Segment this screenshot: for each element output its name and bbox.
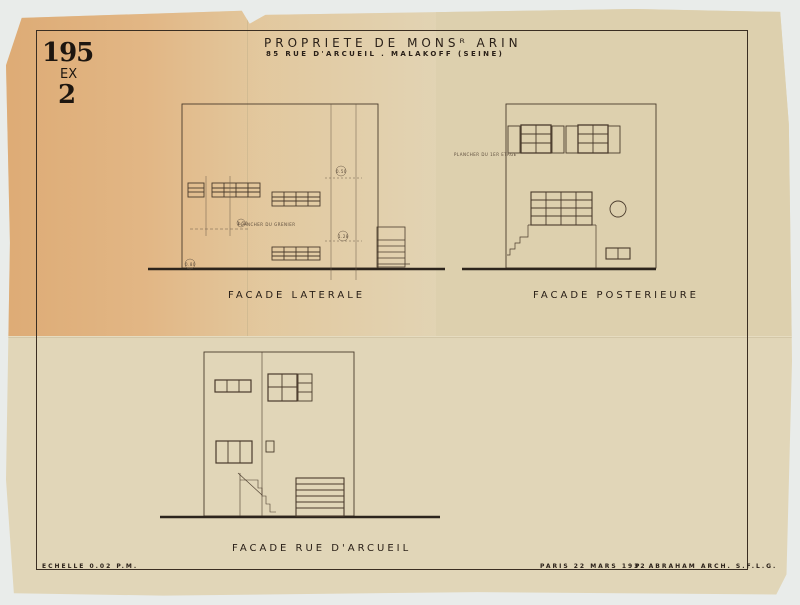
caption-rear: FACADE POSTERIEURE: [533, 290, 699, 301]
architect-label: P. ABRAHAM ARCH. S.F.L.G.: [635, 563, 777, 570]
lateral-elevation: [148, 104, 445, 280]
street-elevation: [160, 352, 440, 517]
caption-street: FACADE RUE D'ARCUEIL: [232, 543, 411, 554]
elevation-drawings: [0, 0, 800, 605]
rear-floor-note: PLANCHER DU 1ER ETAGE: [454, 152, 517, 157]
lateral-dimension-1: 0.50: [336, 169, 347, 174]
lateral-dimension-3: 1.50: [237, 221, 248, 226]
caption-lateral: FACADE LATERALE: [228, 290, 365, 301]
lateral-dimension-2: 1.28: [338, 234, 349, 239]
scale-label: ECHELLE 0.02 P.M.: [42, 563, 138, 570]
lateral-ground-level: 0.80: [185, 262, 196, 267]
date-label: PARIS 22 MARS 1932: [540, 563, 647, 570]
rear-elevation: [462, 104, 656, 269]
